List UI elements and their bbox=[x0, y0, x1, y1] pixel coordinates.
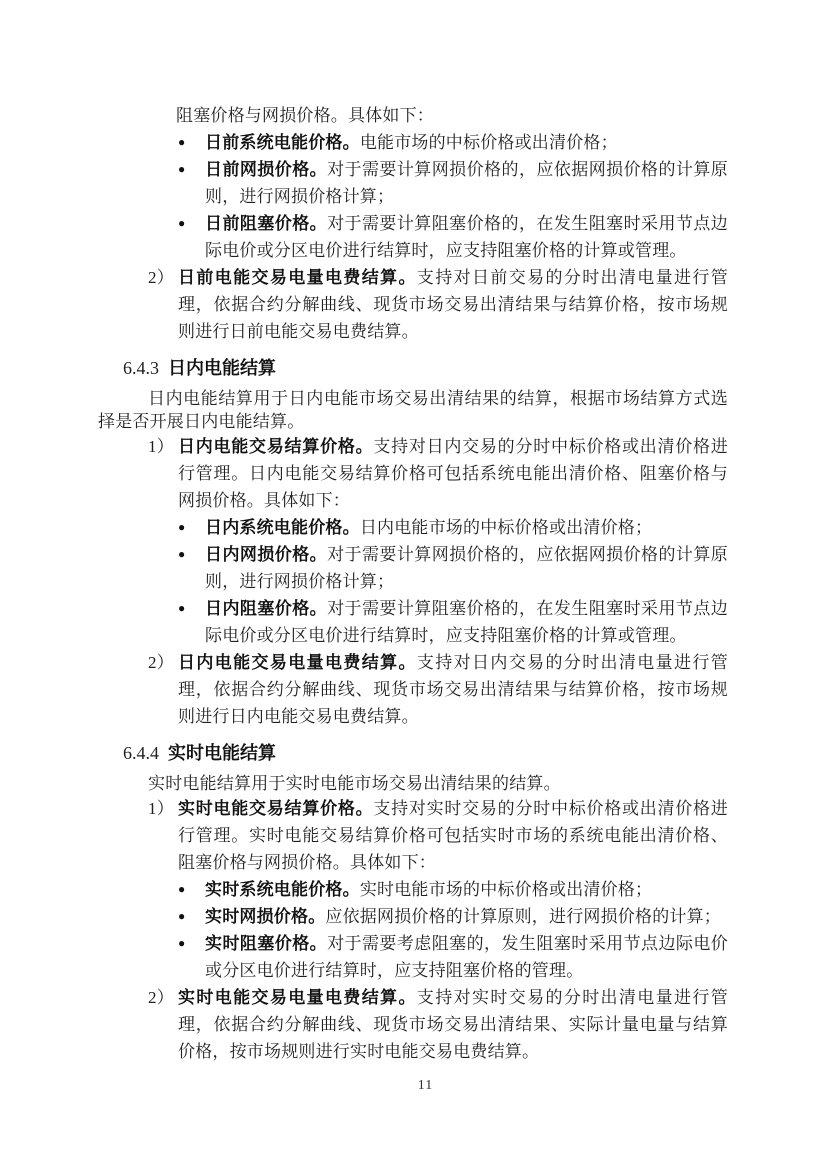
bullet-icon: ● bbox=[178, 156, 185, 183]
page-number: 11 bbox=[0, 1078, 827, 1094]
document-page: 阻塞价格与网损价格。具体如下： ●日前系统电能价格。电能市场的中标价格或出清价格… bbox=[0, 0, 827, 1169]
bullet-icon: ● bbox=[178, 129, 185, 156]
item-lead: 日内电能交易结算价格。 bbox=[178, 437, 373, 456]
section-title: 日内电能结算 bbox=[168, 358, 276, 378]
item-lead: 日内电能交易电量电费结算。 bbox=[178, 653, 417, 672]
item-lead: 实时电能交易电量电费结算。 bbox=[178, 988, 417, 1007]
bullet-icon: ● bbox=[178, 930, 185, 957]
bullet-icon: ● bbox=[178, 595, 185, 622]
item-number: 2） bbox=[148, 264, 174, 291]
list-item: ●日前网损价格。对于需要计算网损价格的，应依据网损价格的计算原则，进行网损价格计… bbox=[98, 156, 728, 210]
item-number: 1） bbox=[148, 433, 174, 460]
bullet-lead: 日前系统电能价格。 bbox=[205, 133, 360, 152]
item-number: 2） bbox=[148, 649, 174, 676]
item-lead: 实时电能交易结算价格。 bbox=[178, 799, 373, 818]
section-intro: 日内电能结算用于日内电能市场交易出清结果的结算，根据市场结算方式选择是否开展日内… bbox=[98, 387, 728, 433]
list-item: ●日前阻塞价格。对于需要计算阻塞价格的，在发生阻塞时采用节点边际电价或分区电价进… bbox=[98, 210, 728, 264]
bullet-lead: 实时网损价格。 bbox=[205, 907, 325, 926]
item-number: 1） bbox=[148, 795, 174, 822]
section-heading-644: 6.4.4实时电能结算 bbox=[123, 740, 728, 767]
list-item: ●实时阻塞价格。对于需要考虑阻塞的，发生阻塞时采用节点边际电价或分区电价进行结算… bbox=[98, 930, 728, 984]
section-heading-643: 6.4.3日内电能结算 bbox=[123, 355, 728, 382]
numbered-item: 2）日内电能交易电量电费结算。支持对日内交易的分时出清电量进行管理，依据合约分解… bbox=[98, 649, 728, 730]
section-number: 6.4.3 bbox=[123, 358, 159, 378]
bullet-text: 日内电能市场的中标价格或出清价格； bbox=[360, 518, 652, 537]
bullet-icon: ● bbox=[178, 514, 185, 541]
bullet-lead: 日内系统电能价格。 bbox=[205, 518, 360, 537]
list-item: ●日前系统电能价格。电能市场的中标价格或出清价格； bbox=[98, 129, 728, 156]
bullet-icon: ● bbox=[178, 876, 185, 903]
bullet-text: 实时电能市场的中标价格或出清价格； bbox=[360, 880, 652, 899]
paragraph-continuation: 阻塞价格与网损价格。具体如下： bbox=[176, 102, 728, 129]
numbered-item: 1）实时电能交易结算价格。支持对实时交易的分时中标价格或出清价格进行管理。实时电… bbox=[98, 795, 728, 876]
list-item: ●日内系统电能价格。日内电能市场的中标价格或出清价格； bbox=[98, 514, 728, 541]
list-item: ●日内网损价格。对于需要计算网损价格的，应依据网损价格的计算原则，进行网损价格计… bbox=[98, 541, 728, 595]
section-title: 实时电能结算 bbox=[168, 743, 276, 763]
section-intro: 实时电能结算用于实时电能市场交易出清结果的结算。 bbox=[98, 772, 728, 795]
bullet-lead: 日内阻塞价格。 bbox=[205, 599, 327, 618]
numbered-item: 2）实时电能交易电量电费结算。支持对实时交易的分时出清电量进行管理，依据合约分解… bbox=[98, 984, 728, 1065]
item-lead: 日前电能交易电量电费结算。 bbox=[178, 268, 417, 287]
bullet-text: 应依据网损价格的计算原则，进行网损价格的计算； bbox=[325, 907, 721, 926]
page-content: 阻塞价格与网损价格。具体如下： ●日前系统电能价格。电能市场的中标价格或出清价格… bbox=[98, 102, 728, 1065]
bullet-lead: 日前网损价格。 bbox=[205, 160, 327, 179]
bullet-icon: ● bbox=[178, 541, 185, 568]
list-item: ●日内阻塞价格。对于需要计算阻塞价格的，在发生阻塞时采用节点边际电价或分区电价进… bbox=[98, 595, 728, 649]
list-item: ●实时网损价格。应依据网损价格的计算原则，进行网损价格的计算； bbox=[98, 903, 728, 930]
bullet-lead: 日内网损价格。 bbox=[205, 545, 327, 564]
numbered-item: 1）日内电能交易结算价格。支持对日内交易的分时中标价格或出清价格进行管理。日内电… bbox=[98, 433, 728, 514]
bullet-icon: ● bbox=[178, 903, 185, 930]
bullet-text: 电能市场的中标价格或出清价格； bbox=[360, 133, 618, 152]
list-item: ●实时系统电能价格。实时电能市场的中标价格或出清价格； bbox=[98, 876, 728, 903]
item-number: 2） bbox=[148, 984, 174, 1011]
bullet-lead: 实时阻塞价格。 bbox=[205, 934, 327, 953]
bullet-lead: 日前阻塞价格。 bbox=[205, 214, 327, 233]
numbered-item: 2）日前电能交易电量电费结算。支持对日前交易的分时出清电量进行管理，依据合约分解… bbox=[98, 264, 728, 345]
bullet-lead: 实时系统电能价格。 bbox=[205, 880, 360, 899]
bullet-icon: ● bbox=[178, 210, 185, 237]
section-number: 6.4.4 bbox=[123, 743, 159, 763]
